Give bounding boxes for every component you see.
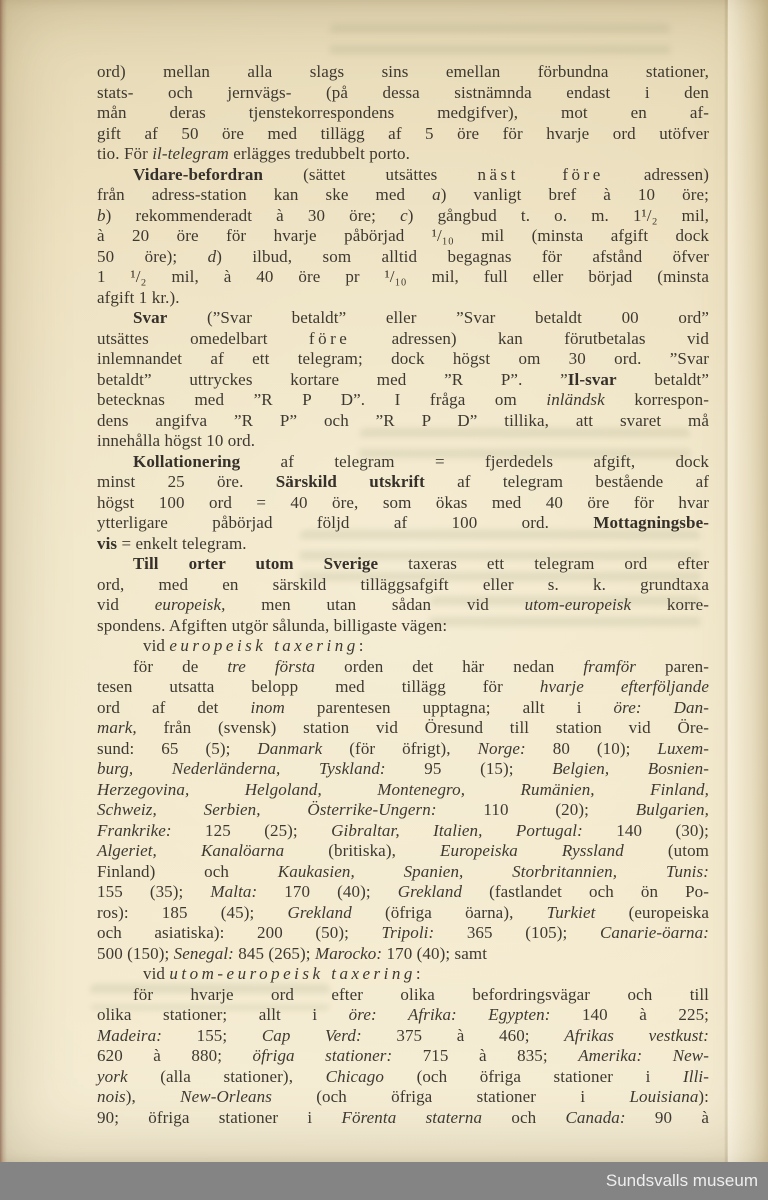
text-segment: nois <box>97 1087 126 1106</box>
text-segment: Frankrike: <box>97 821 172 840</box>
text-line: minst 25 öre. Särskild utskrift af teleg… <box>97 472 709 493</box>
text-segment: öfriga stationer: <box>252 1046 392 1065</box>
text-line: tio. För il-telegram erlägges tredubbelt… <box>97 144 709 165</box>
text-segment: 110 (20); <box>437 800 636 819</box>
text-segment: Illi- <box>683 1067 709 1086</box>
text-segment: (britiska), <box>284 841 440 860</box>
text-segment: : <box>416 964 421 983</box>
text-line: spondens. Afgiften utgör sålunda, billig… <box>97 616 709 637</box>
text-line: burg, Nederländerna, Tyskland: 95 (15); … <box>97 759 709 780</box>
text-segment: för hvarje ord efter olika befordringsvä… <box>133 985 709 1004</box>
text-line: vid europeisk, men utan sådan vid utom-e… <box>97 595 709 616</box>
text-line: mån deras tjenstekorrespondens medgifver… <box>97 103 709 124</box>
text-line: olika stationer; allt i öre: Afrika: Egy… <box>97 1005 709 1026</box>
text-segment: (och öfriga stationer i <box>272 1087 630 1106</box>
text-segment: (alla stationer), <box>128 1067 326 1086</box>
text-segment: 155 (35); <box>97 882 210 901</box>
text-line: 50 öre); d) ilbud, som alltid begagnas f… <box>97 247 709 268</box>
text-segment: öre: Dan- <box>614 698 709 717</box>
footer-bar: Sundsvalls museum <box>0 1162 768 1200</box>
text-line: Svar (”Svar betaldt” eller ”Svar betaldt… <box>97 308 709 329</box>
text-segment: men utan sådan vid <box>225 595 524 614</box>
text-segment: dens angifva ”R P” och ”R P D” tillika, … <box>97 411 709 430</box>
text-segment: spondens. Afgiften utgör sålunda, billig… <box>97 616 447 635</box>
text-segment: (utom <box>624 841 709 860</box>
text-segment: vid <box>143 636 169 655</box>
text-segment: ) gångbud t. o. m. 1¹/₂ mil, <box>408 206 709 225</box>
text-segment: 845 (265); <box>234 944 315 963</box>
text-segment: Il-svar <box>568 370 617 389</box>
text-segment: Madeira: <box>97 1026 162 1045</box>
text-segment: 715 à 835; <box>392 1046 578 1065</box>
text-line: betaldt” uttryckes kortare med ”R P”. ”I… <box>97 370 709 391</box>
text-segment: 170 (40); <box>257 882 397 901</box>
text-segment: Algeriet, Kanalöarna <box>97 841 284 860</box>
text-segment: ros): 185 (45); <box>97 903 287 922</box>
text-line: vid europeisk taxering: <box>97 636 709 657</box>
text-segment: från (svensk) station vid Öresund till s… <box>137 718 709 737</box>
text-segment: mark, <box>97 718 137 737</box>
text-segment: parentesen upptagna; allt i <box>285 698 614 717</box>
text-segment: tio. För <box>97 144 152 163</box>
text-segment: (”Svar betaldt” eller ”Svar betaldt 00 o… <box>167 308 709 327</box>
text-line: 500 (150); Senegal: 845 (265); Marocko: … <box>97 944 709 965</box>
text-segment: tre första <box>227 657 315 676</box>
text-segment: ) vanligt bref à 10 öre; <box>441 185 709 204</box>
text-segment: Cap Verd: <box>262 1026 362 1045</box>
page-gutter-shadow <box>0 0 7 1162</box>
text-segment: inlemnandet af ett telegram; dock högst … <box>97 349 709 368</box>
text-segment: Vidare-befordran <box>133 165 263 184</box>
text-segment: 140 à 225; <box>550 1005 709 1024</box>
text-segment: Svar <box>133 308 167 327</box>
text-segment: adressen) <box>604 165 709 184</box>
text-segment: betaldt” <box>617 370 709 389</box>
text-segment: Bulgarien, <box>636 800 709 819</box>
text-segment: Marocko: <box>315 944 382 963</box>
text-segment: Louisiana <box>630 1087 699 1106</box>
text-segment: 90 à <box>626 1108 709 1127</box>
text-line: ros): 185 (45); Grekland (öfriga öarna),… <box>97 903 709 924</box>
text-segment: (öfriga öarna), <box>352 903 547 922</box>
text-line: Vidare-befordran (sättet utsättes näst f… <box>97 165 709 186</box>
text-segment: c <box>400 206 408 225</box>
text-segment: 125 (25); <box>172 821 332 840</box>
text-segment: Schweiz, Serbien, Österrike-Ungern: <box>97 800 437 819</box>
text-segment: Danmark <box>257 739 322 758</box>
text-segment: sund: 65 (5); <box>97 739 257 758</box>
text-line: Till orter utom Sverige taxeras ett tele… <box>97 554 709 575</box>
text-segment: il-telegram <box>152 144 229 163</box>
text-segment: d <box>208 247 217 266</box>
text-segment: 80 (10); <box>526 739 658 758</box>
text-line: utsättes omedelbart före adressen) kan f… <box>97 329 709 350</box>
text-segment: 375 à 460; <box>362 1026 564 1045</box>
text-segment: Turkiet <box>547 903 596 922</box>
text-segment: Malta: <box>210 882 257 901</box>
text-line: Schweiz, Serbien, Österrike-Ungern: 110 … <box>97 800 709 821</box>
text-segment: framför <box>583 657 636 676</box>
text-segment: ), <box>126 1087 180 1106</box>
text-line: b) rekommenderadt à 30 öre; c) gångbud t… <box>97 206 709 227</box>
text-segment: korrespon- <box>605 390 709 409</box>
text-line: sund: 65 (5); Danmark (för öfrigt), Norg… <box>97 739 709 760</box>
text-segment: europeisk taxering <box>169 636 358 655</box>
text-line: 155 (35); Malta: 170 (40); Grekland (fas… <box>97 882 709 903</box>
text-segment: Canada: <box>565 1108 625 1127</box>
text-line: för de tre första orden det här nedan fr… <box>97 657 709 678</box>
text-segment: 140 (30); <box>583 821 709 840</box>
text-line: 90; öfriga stationer i Förenta staterna … <box>97 1108 709 1129</box>
text-line: ord af det inom parentesen upptagna; all… <box>97 698 709 719</box>
text-segment: vid <box>97 595 155 614</box>
text-segment: Kaukasien, Spanien, Storbritannien, Tuni… <box>278 862 709 881</box>
text-line: Herzegovina, Helgoland, Montenegro, Rumä… <box>97 780 709 801</box>
text-line: Finland) och Kaukasien, Spanien, Storbri… <box>97 862 709 883</box>
text-segment: stats- och jernvägs- (på dessa sistnämnd… <box>97 83 709 102</box>
text-segment: inländsk <box>546 390 604 409</box>
text-segment: näst före <box>477 165 603 184</box>
text-segment: york <box>97 1067 128 1086</box>
text-segment: Mottagningsbe- <box>593 513 709 532</box>
text-line: Kollationering af telegram = fjerdedels … <box>97 452 709 473</box>
text-segment: Tripoli: <box>382 923 435 942</box>
text-segment: Senegal: <box>174 944 234 963</box>
text-segment: Kollationering <box>133 452 240 471</box>
text-segment: Norge: <box>478 739 526 758</box>
text-segment: ord, med en särskild tilläggsafgift elle… <box>97 575 709 594</box>
text-segment: Grekland <box>398 882 462 901</box>
text-segment: Herzegovina, Helgoland, Montenegro, Rumä… <box>97 780 709 799</box>
text-segment: innehålla högst 10 ord. <box>97 431 255 450</box>
text-segment: och asiatiska): 200 (50); <box>97 923 382 942</box>
text-line: och asiatiska): 200 (50); Tripoli: 365 (… <box>97 923 709 944</box>
text-segment: 90; öfriga stationer i <box>97 1108 341 1127</box>
text-segment: inom <box>251 698 285 717</box>
text-line: dens angifva ”R P” och ”R P D” tillika, … <box>97 411 709 432</box>
text-segment: ): <box>698 1087 709 1106</box>
text-segment: korre- <box>631 595 709 614</box>
text-line: ytterligare påbörjad följd af 100 ord. M… <box>97 513 709 534</box>
text-line: Frankrike: 125 (25); Gibraltar, Italien,… <box>97 821 709 842</box>
text-segment: (fastlandet och ön Po- <box>462 882 709 901</box>
text-segment: från adress-station kan ske med <box>97 185 432 204</box>
page-edge-highlight <box>728 0 768 1162</box>
text-segment: ord) mellan alla slags sins emellan förb… <box>97 62 709 81</box>
text-segment: Till orter utom Sverige <box>133 554 378 573</box>
text-segment: europeisk, <box>155 595 226 614</box>
text-line: för hvarje ord efter olika befordringsvä… <box>97 985 709 1006</box>
text-segment: taxeras ett telegram ord efter <box>378 554 709 573</box>
text-line: vid utom-europeisk taxering: <box>97 964 709 985</box>
text-segment: minst 25 öre. <box>97 472 276 491</box>
text-segment: 1 ¹/₂ mil, à 40 öre pr ¹/₁₀ mil, full el… <box>97 267 709 286</box>
text-segment: (för öfrigt), <box>322 739 477 758</box>
text-segment: à 20 öre för hvarje påbörjad ¹/₁₀ mil (m… <box>97 226 709 245</box>
text-segment: af telegram = fjerdedels afgift, dock <box>240 452 709 471</box>
text-line: från adress-station kan ske med a) vanli… <box>97 185 709 206</box>
text-segment: erlägges tredubbelt porto. <box>229 144 410 163</box>
text-segment: New-Orleans <box>180 1087 272 1106</box>
text-segment: utom-europeisk taxering <box>169 964 416 983</box>
text-segment: gift af 50 öre med tillägg af 5 öre för … <box>97 124 709 143</box>
text-block: ord) mellan alla slags sins emellan förb… <box>97 62 709 1128</box>
text-segment: paren- <box>636 657 709 676</box>
text-segment: Europeiska Ryssland <box>440 841 624 860</box>
text-line: innehålla högst 10 ord. <box>97 431 709 452</box>
text-segment: utom-europeisk <box>525 595 632 614</box>
text-segment: afgift 1 kr.). <box>97 288 180 307</box>
text-segment: 50 öre); <box>97 247 208 266</box>
text-segment: (och öfriga stationer i <box>384 1067 683 1086</box>
text-segment: vid <box>143 964 169 983</box>
text-line: högst 100 ord = 40 öre, som ökas med 40 … <box>97 493 709 514</box>
text-line: vis = enkelt telegram. <box>97 534 709 555</box>
text-segment: Finland) och <box>97 862 278 881</box>
text-segment: orden det här nedan <box>315 657 583 676</box>
text-line: 620 à 880; öfriga stationer: 715 à 835; … <box>97 1046 709 1067</box>
text-segment: och <box>482 1108 565 1127</box>
text-segment: (europeiska <box>595 903 709 922</box>
text-segment: tesen utsatta belopp med tillägg för <box>97 677 540 696</box>
text-segment: 95 (15); <box>386 759 553 778</box>
text-segment: : <box>359 636 364 655</box>
text-segment: för de <box>133 657 227 676</box>
text-segment: Grekland <box>287 903 351 922</box>
text-segment: Afrikas vestkust: <box>564 1026 709 1045</box>
text-segment: b <box>97 206 106 225</box>
text-segment: ord af det <box>97 698 251 717</box>
museum-credit: Sundsvalls museum <box>606 1171 768 1191</box>
text-segment: hvarje efterföljande <box>540 677 709 696</box>
text-segment: = enkelt telegram. <box>117 534 247 553</box>
text-segment: högst 100 ord = 40 öre, som ökas med 40 … <box>97 493 709 512</box>
text-segment: 170 (40); samt <box>382 944 487 963</box>
text-segment: Särskild utskrift <box>276 472 425 491</box>
text-line: afgift 1 kr.). <box>97 288 709 309</box>
text-segment: 365 (105); <box>434 923 600 942</box>
text-segment: före <box>309 329 350 348</box>
text-segment: Luxem- <box>657 739 709 758</box>
text-line: tesen utsatta belopp med tillägg för hva… <box>97 677 709 698</box>
text-line: Algeriet, Kanalöarna (britiska), Europei… <box>97 841 709 862</box>
text-line: gift af 50 öre med tillägg af 5 öre för … <box>97 124 709 145</box>
text-segment: Förenta staterna <box>341 1108 482 1127</box>
text-segment: utsättes omedelbart <box>97 329 309 348</box>
text-segment: mån deras tjenstekorrespondens medgifver… <box>97 103 709 122</box>
text-segment: öre: Afrika: Egypten: <box>349 1005 551 1024</box>
text-segment: 500 (150); <box>97 944 174 963</box>
text-line: nois), New-Orleans (och öfriga stationer… <box>97 1087 709 1108</box>
text-line: stats- och jernvägs- (på dessa sistnämnd… <box>97 83 709 104</box>
text-segment: Amerika: New- <box>578 1046 709 1065</box>
text-segment: 155; <box>162 1026 262 1045</box>
text-line: betecknas med ”R P D”. I fråga om inländ… <box>97 390 709 411</box>
text-segment: olika stationer; allt i <box>97 1005 349 1024</box>
text-segment: betecknas med ”R P D”. I fråga om <box>97 390 546 409</box>
text-segment: ) ilbud, som alltid begagnas för afstånd… <box>216 247 709 266</box>
text-segment: vis <box>97 534 117 553</box>
text-segment: ) rekommenderadt à 30 öre; <box>106 206 400 225</box>
text-line: 1 ¹/₂ mil, à 40 öre pr ¹/₁₀ mil, full el… <box>97 267 709 288</box>
text-segment: af telegram bestående af <box>425 472 709 491</box>
text-segment: (sättet utsättes <box>263 165 477 184</box>
text-segment: 620 à 880; <box>97 1046 252 1065</box>
ink-show-through <box>330 24 670 66</box>
text-segment: betaldt” uttryckes kortare med ”R P”. ” <box>97 370 568 389</box>
text-line: mark, från (svensk) station vid Öresund … <box>97 718 709 739</box>
text-line: york (alla stationer), Chicago (och öfri… <box>97 1067 709 1088</box>
scanned-document-page: ord) mellan alla slags sins emellan förb… <box>0 0 768 1200</box>
text-line: ord) mellan alla slags sins emellan förb… <box>97 62 709 83</box>
text-segment: Belgien, Bosnien- <box>552 759 709 778</box>
text-segment: a <box>432 185 441 204</box>
text-line: inlemnandet af ett telegram; dock högst … <box>97 349 709 370</box>
text-segment: ytterligare påbörjad följd af 100 ord. <box>97 513 593 532</box>
text-segment: adressen) kan förutbetalas vid <box>350 329 709 348</box>
text-segment: burg, Nederländerna, Tyskland: <box>97 759 386 778</box>
text-line: ord, med en särskild tilläggsafgift elle… <box>97 575 709 596</box>
text-segment: Chicago <box>326 1067 384 1086</box>
text-segment: Canarie-öarna: <box>600 923 709 942</box>
text-line: Madeira: 155; Cap Verd: 375 à 460; Afrik… <box>97 1026 709 1047</box>
text-segment: Gibraltar, Italien, Portugal: <box>331 821 583 840</box>
text-line: à 20 öre för hvarje påbörjad ¹/₁₀ mil (m… <box>97 226 709 247</box>
